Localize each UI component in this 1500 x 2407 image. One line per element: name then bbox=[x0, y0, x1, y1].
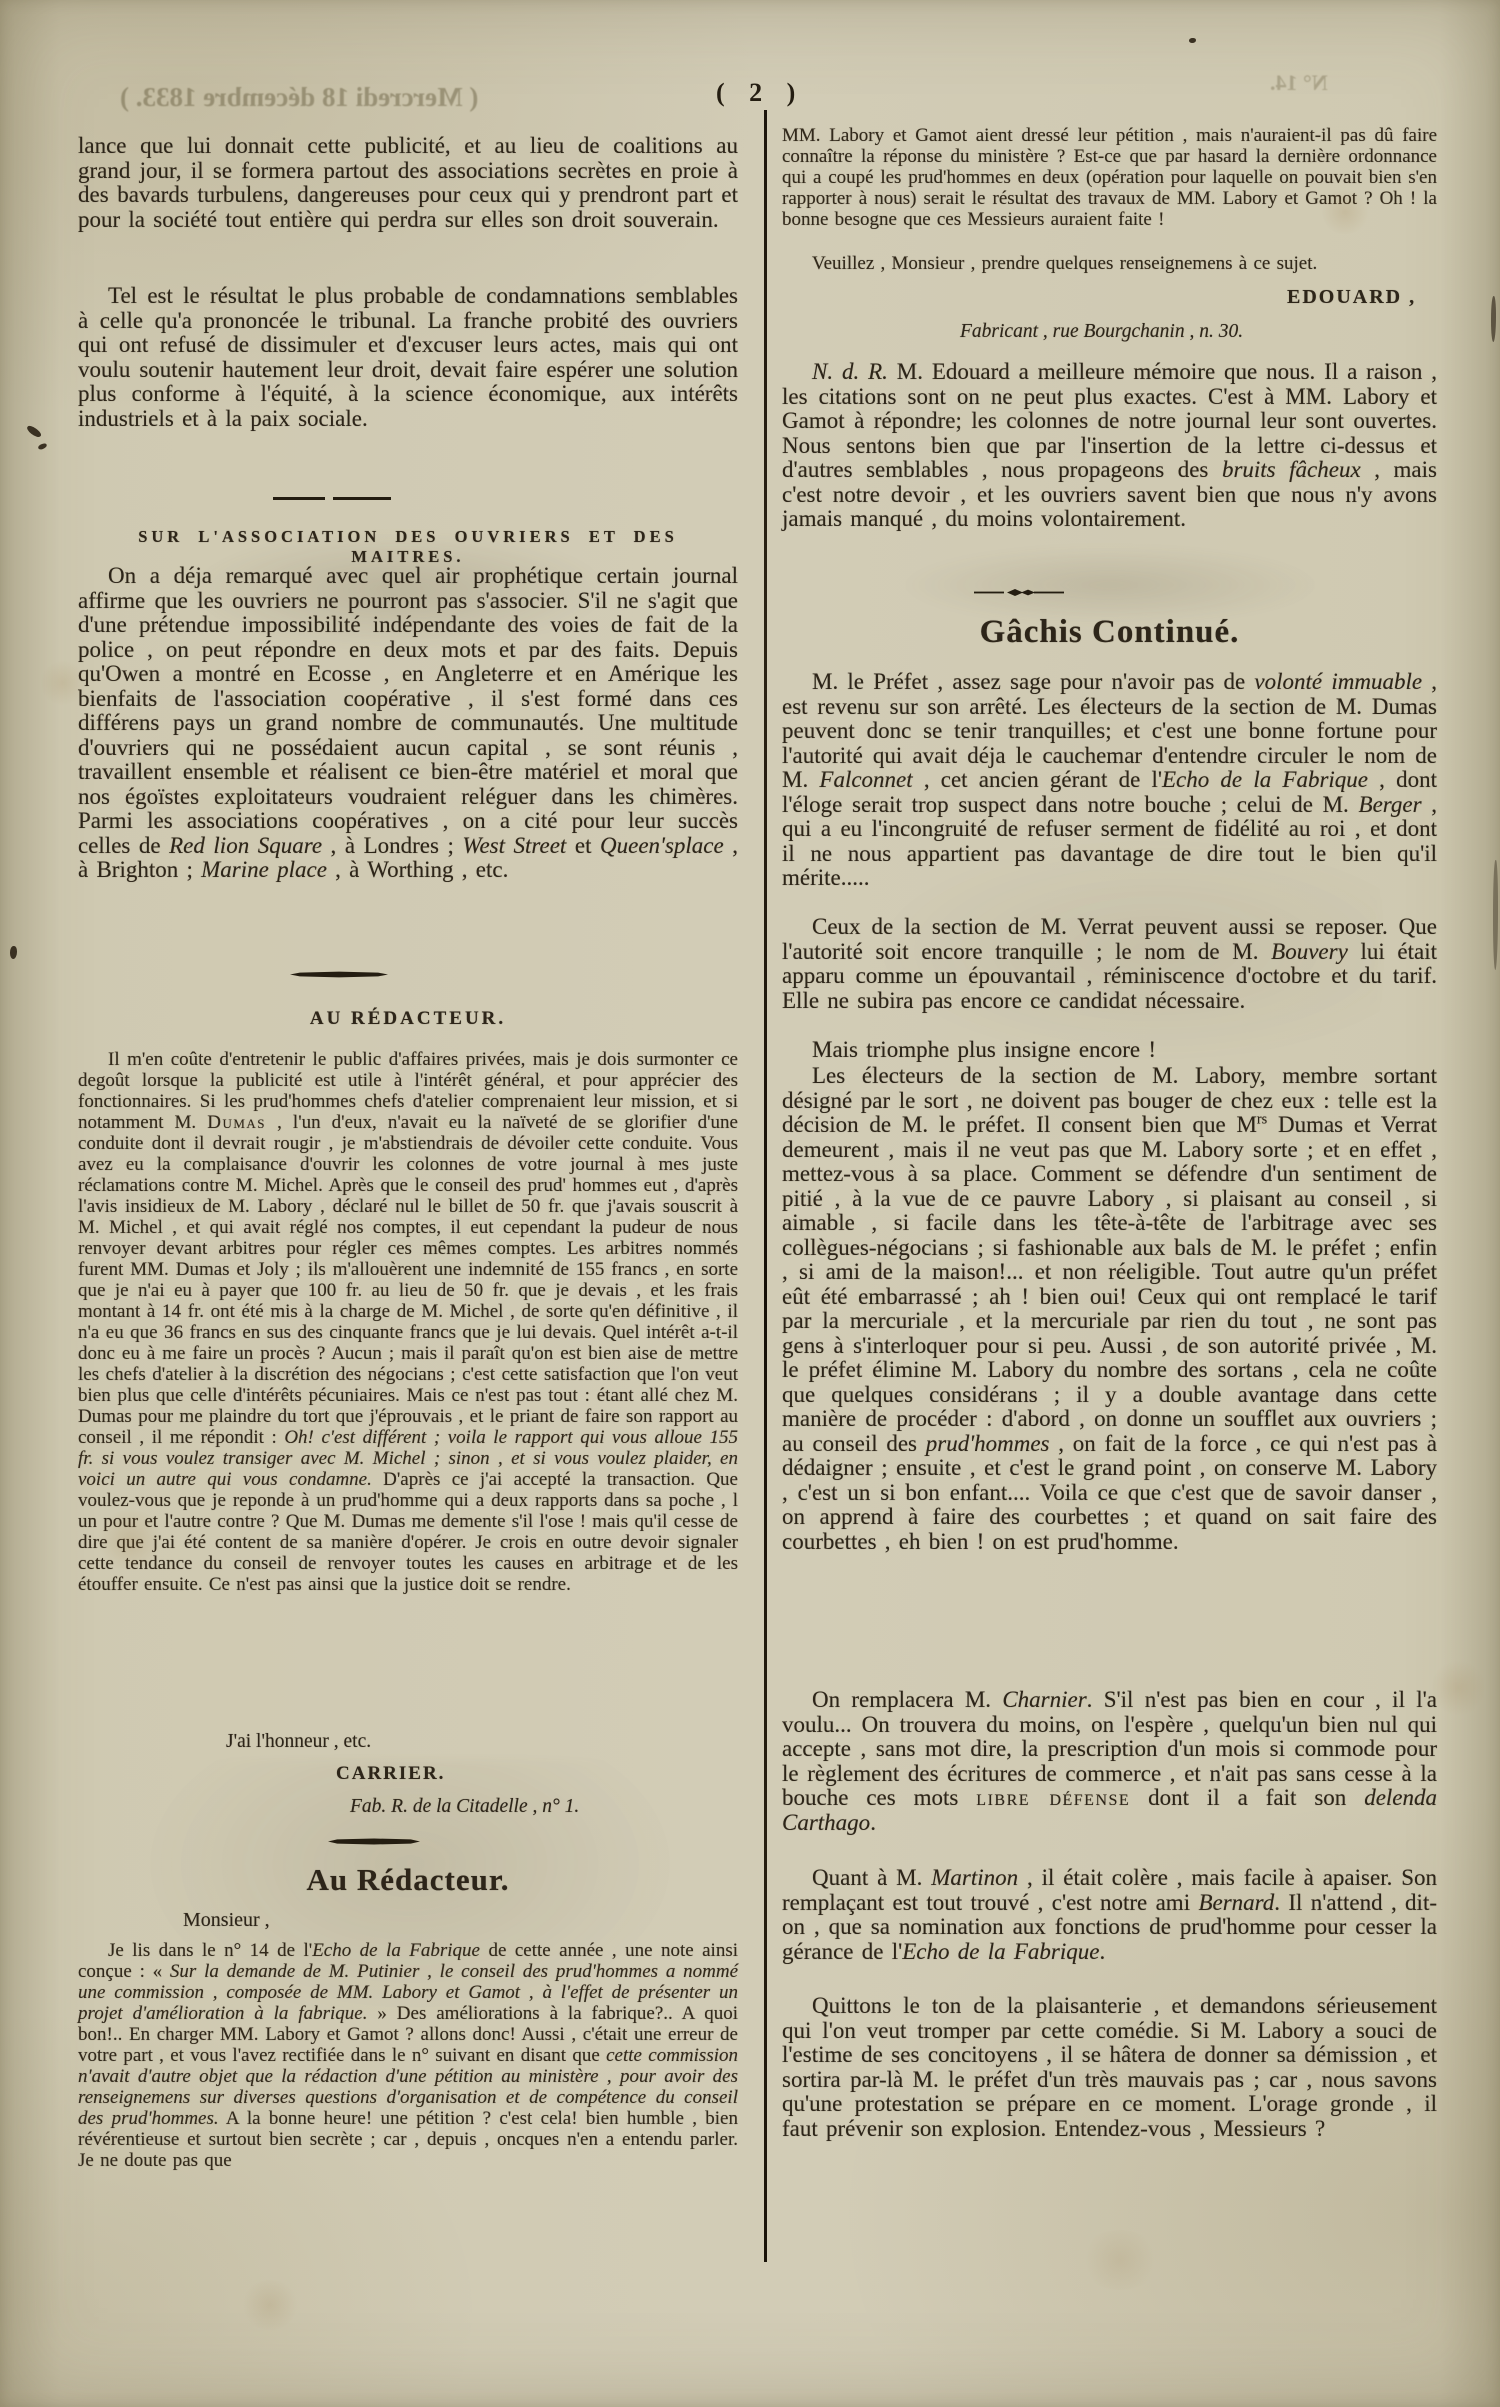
paragraph-tel-est: Tel est le résultat le plus probable de … bbox=[78, 284, 738, 431]
left-column: lance que lui donnait cette publicité, e… bbox=[78, 0, 738, 2407]
foxing-stain bbox=[1430, 1660, 1486, 1716]
association-section-heading: SUR L'ASSOCIATION DES OUVRIERS ET DES MA… bbox=[78, 527, 738, 567]
letter1-heading: AU RÉDACTEUR. bbox=[78, 1008, 738, 1030]
rule-segment bbox=[333, 497, 391, 500]
ink-speck bbox=[26, 424, 43, 439]
letter-end-line: Veuillez , Monsieur , prendre quelques r… bbox=[782, 253, 1437, 274]
gachis-paragraph: Ceux de la section de M. Verrat peuvent … bbox=[782, 915, 1437, 1013]
gachis-paragraph: M. le Préfet , assez sage pour n'avoir p… bbox=[782, 670, 1437, 891]
editor-note: N. d. R. M. Edouard a meilleure mémoire … bbox=[782, 360, 1437, 532]
right-column: MM. Labory et Gamot aient dressé leur pé… bbox=[782, 0, 1437, 2407]
letter-end-paragraph: MM. Labory et Gamot aient dressé leur pé… bbox=[782, 125, 1437, 230]
spindle-separator-rule bbox=[290, 971, 388, 978]
ornament-separator bbox=[974, 588, 1064, 597]
gachis-paragraph: Quant à M. Martinon , il était colère , … bbox=[782, 1866, 1437, 1964]
association-paragraph: On a déja remarqué avec quel air prophét… bbox=[78, 564, 738, 883]
gachis-paragraph: Mais triomphe plus insigne encore ! bbox=[782, 1038, 1437, 1063]
letter2-body: Je lis dans le n° 14 de l'Echo de la Fab… bbox=[78, 1940, 738, 2171]
paragraph-continuation: lance que lui donnait cette publicité, e… bbox=[78, 134, 738, 232]
ink-speck bbox=[37, 443, 47, 451]
letter1-body: Il m'en coûte d'entretenir le public d'a… bbox=[78, 1049, 738, 1595]
gachis-paragraph: Quittons le ton de la plaisanterie , et … bbox=[782, 1994, 1437, 2141]
gachis-paragraph: On remplacera M. Charnier. S'il n'est pa… bbox=[782, 1688, 1437, 1835]
newspaper-page-scan: ( Mercredi 18 décembre 1833. ) N° 14. ( … bbox=[0, 0, 1500, 2407]
letter2-salutation: Monsieur , bbox=[183, 1909, 843, 1932]
section-separator-rule bbox=[273, 497, 391, 500]
gachis-heading: Gâchis Continué. bbox=[782, 614, 1437, 651]
rule-segment bbox=[273, 497, 325, 500]
spindle-separator-rule bbox=[328, 1838, 420, 1845]
gachis-paragraph: Les électeurs de la section de M. Labory… bbox=[782, 1064, 1437, 1554]
letter-signature-title: Fabricant , rue Bourgchanin , n. 30. bbox=[960, 321, 1500, 343]
column-divider-rule bbox=[764, 110, 767, 2262]
ink-speck bbox=[10, 946, 17, 959]
letter-signature: EDOUARD , bbox=[1287, 286, 1500, 309]
edge-mark bbox=[1493, 860, 1498, 970]
letter2-heading: Au Rédacteur. bbox=[78, 1862, 738, 1898]
